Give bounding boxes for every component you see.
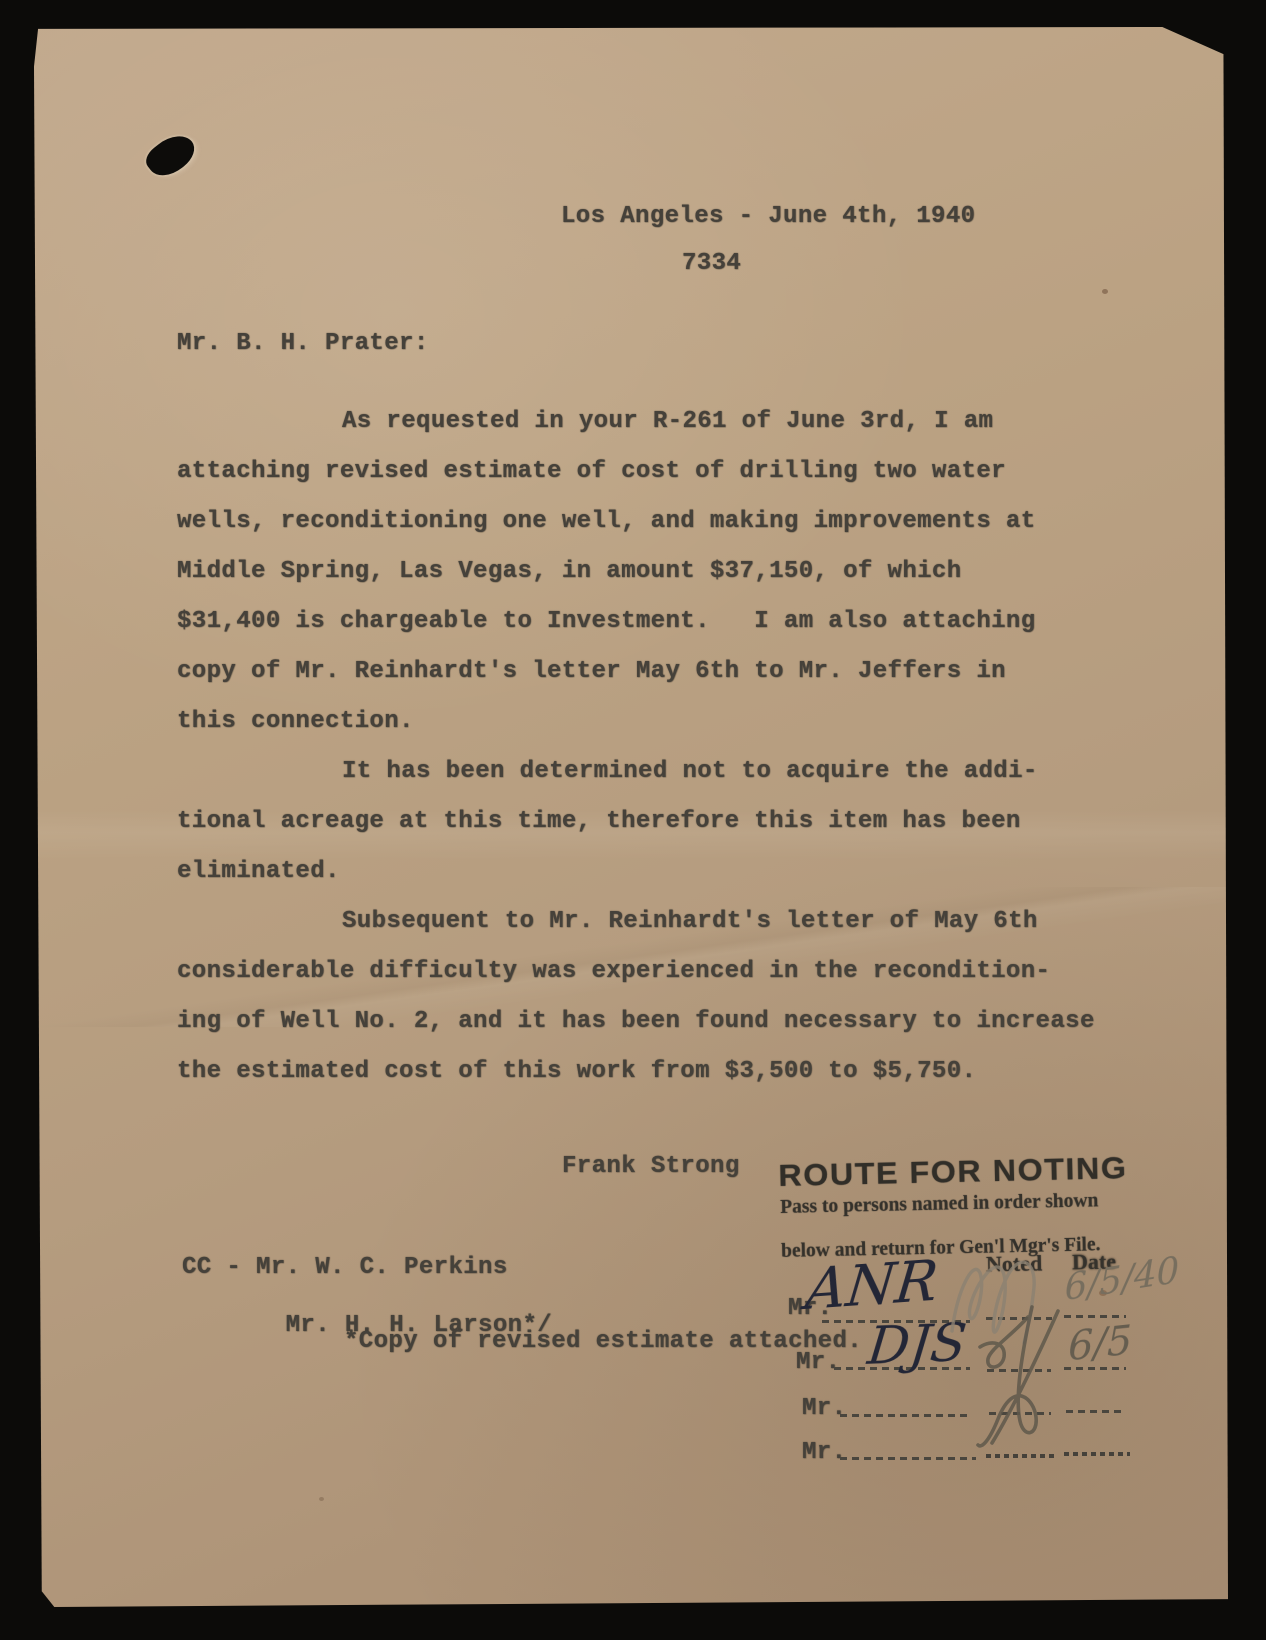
body-line: Middle Spring, Las Vegas, in amount $37,…: [177, 547, 1095, 597]
body-line: considerable difficulty was experienced …: [177, 947, 1095, 997]
body-line: $31,400 is chargeable to Investment. I a…: [177, 597, 1095, 647]
cc-line1: CC - Mr. W. C. Perkins: [182, 1254, 508, 1281]
cc-list: CC - Mr. W. C. Perkins Mr. H. H. Larson*…: [182, 1253, 552, 1340]
body-line: ing of Well No. 2, and it has been found…: [177, 997, 1095, 1047]
routing-row4-label: Mr.: [802, 1439, 846, 1466]
file-number: 7334: [682, 250, 741, 277]
signature-name: Frank Strong: [562, 1153, 740, 1180]
body-line: As requested in your R-261 of June 3rd, …: [177, 397, 1095, 447]
paper-speck: [319, 1497, 324, 1501]
routing-row3-label: Mr.: [802, 1395, 846, 1422]
routing-row4-name-line: [840, 1457, 976, 1460]
salutation: Mr. B. H. Prater:: [177, 330, 429, 357]
body-line: tional acreage at this time, therefore t…: [177, 797, 1095, 847]
body-line: wells, reconditioning one well, and maki…: [177, 497, 1095, 547]
footnote: *Copy of revised estimate attached.: [344, 1328, 862, 1355]
body-line: the estimated cost of this work from $3,…: [177, 1047, 1095, 1097]
punch-hole: [141, 127, 201, 184]
letter-body: As requested in your R-261 of June 3rd, …: [177, 397, 1095, 1097]
letter-page: Los Angeles - June 4th, 1940 7334 Mr. B.…: [34, 27, 1228, 1607]
body-line: copy of Mr. Reinhardt's letter May 6th t…: [177, 647, 1095, 697]
routing-row2-label: Mr.: [796, 1349, 840, 1376]
handwritten-initials-row1: ANR: [803, 1248, 941, 1323]
body-line: It has been determined not to acquire th…: [177, 747, 1095, 797]
body-line: eliminated.: [177, 847, 1095, 897]
route-stamp-title: ROUTE FOR NOTING: [778, 1150, 1128, 1194]
pencil-signature-row2: [962, 1303, 1082, 1455]
body-line: this connection.: [177, 697, 1095, 747]
body-line: attaching revised estimate of cost of dr…: [177, 447, 1095, 497]
body-line: Subsequent to Mr. Reinhardt's letter of …: [177, 897, 1095, 947]
paper-speck: [1102, 289, 1108, 294]
routing-row3-name-line: [840, 1414, 970, 1417]
dateline: Los Angeles - June 4th, 1940: [561, 203, 975, 230]
scan-background: Los Angeles - June 4th, 1940 7334 Mr. B.…: [0, 0, 1266, 1640]
route-stamp-subtitle-line1: Pass to persons named in order shown: [780, 1190, 1099, 1218]
